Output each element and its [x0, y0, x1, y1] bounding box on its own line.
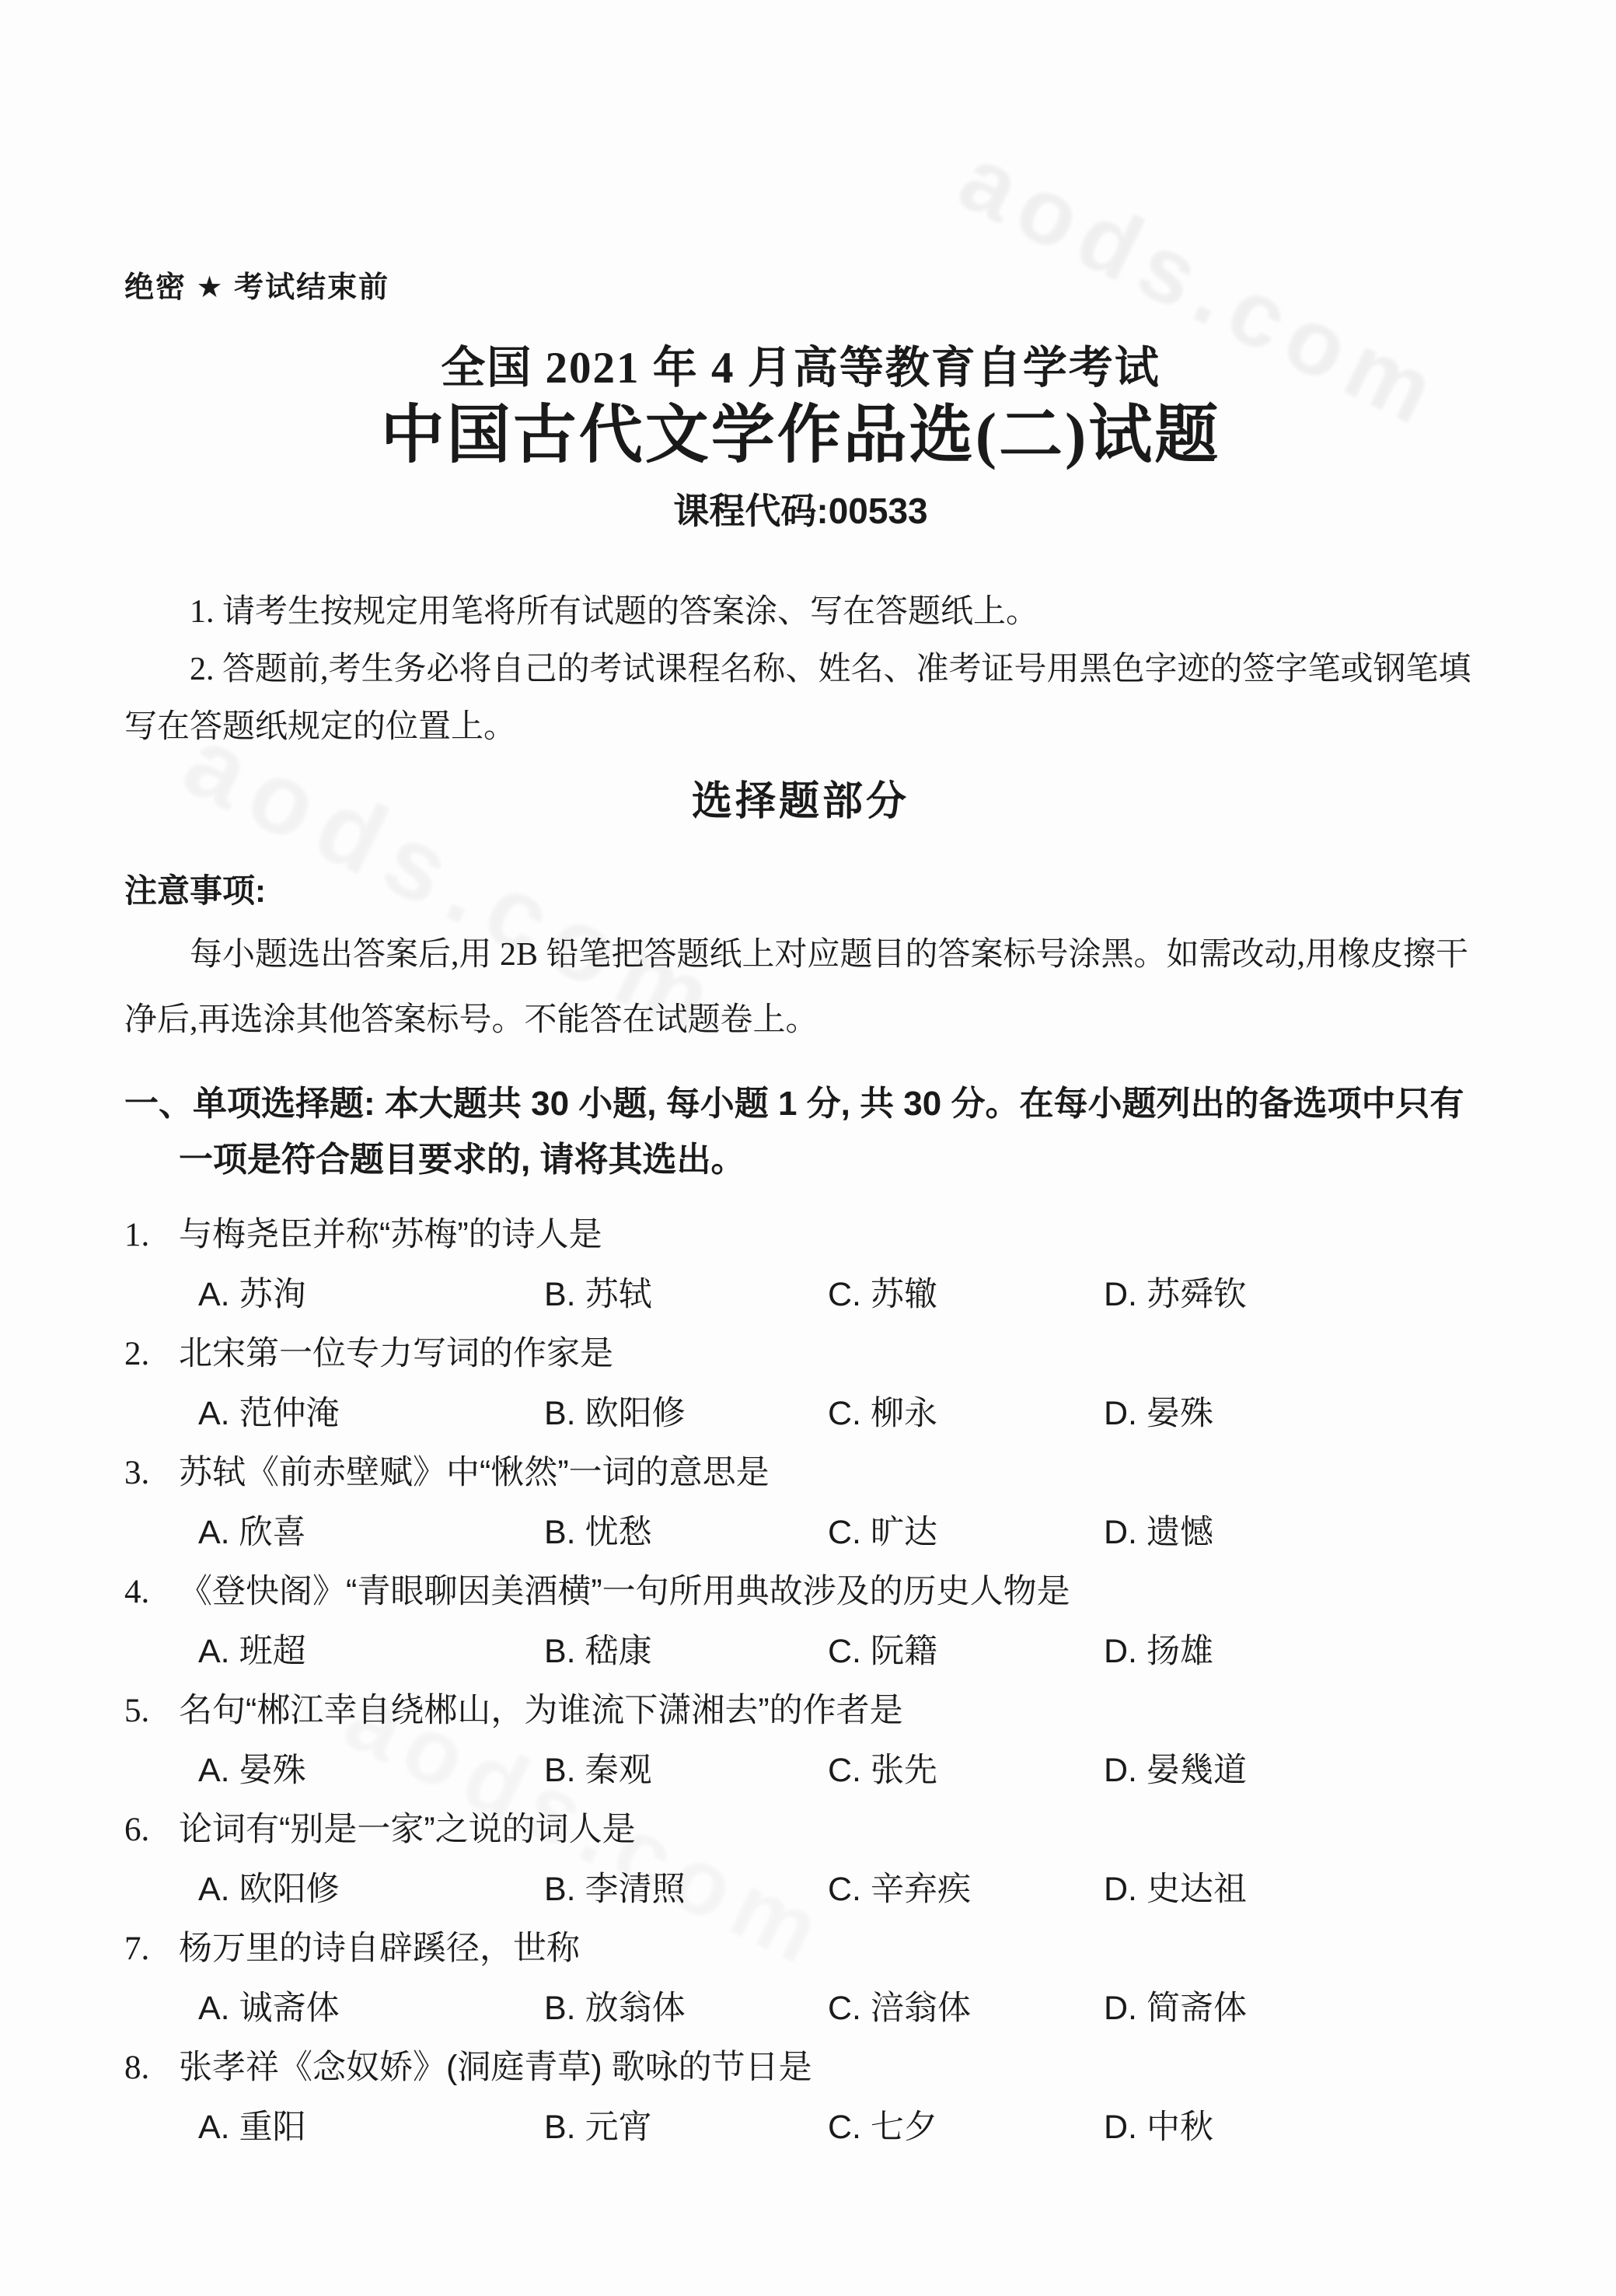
page-content: 绝密 ★ 考试结束前 全国 2021 年 4 月高等教育自学考试 中国古代文学作…	[0, 0, 1616, 2296]
option: B. 嵇康	[544, 1622, 828, 1681]
question-text: 与梅尧臣并称“苏梅”的诗人是	[179, 1205, 1477, 1265]
exam-paper-page: aods.com aods.com aods.com 绝密 ★ 考试结束前 全国…	[0, 0, 1616, 2296]
option: D. 苏舜钦	[1104, 1265, 1477, 1324]
option-row: A. 重阳 B. 元宵 C. 七夕 D. 中秋	[198, 2098, 1477, 2157]
option: A. 苏洵	[198, 1265, 544, 1324]
question-text: 张孝祥《念奴娇》(洞庭青草) 歌咏的节日是	[179, 2038, 1477, 2098]
part-one-heading: 一、单项选择题: 本大题共 30 小题, 每小题 1 分, 共 30 分。在每小…	[124, 1076, 1477, 1188]
notice-body: 每小题选出答案后,用 2B 铅笔把答题纸上对应题目的答案标号涂黑。如需改动,用橡…	[124, 922, 1477, 1053]
option: A. 范仲淹	[198, 1384, 544, 1443]
option: B. 元宵	[544, 2098, 828, 2157]
course-code: 课程代码:00533	[124, 490, 1477, 532]
option: A. 欣喜	[198, 1503, 544, 1562]
question-number: 3.	[124, 1443, 179, 1503]
question-number: 2.	[124, 1324, 179, 1384]
question-item: 8. 张孝祥《念奴娇》(洞庭青草) 歌咏的节日是 A. 重阳 B. 元宵 C. …	[124, 2038, 1477, 2157]
question-text: 杨万里的诗自辟蹊径，世称	[179, 1919, 1477, 1979]
question-item: 4. 《登快阁》“青眼聊因美酒横”一句所用典故涉及的历史人物是 A. 班超 B.…	[124, 1562, 1477, 1681]
question-item: 2. 北宋第一位专力写词的作家是 A. 范仲淹 B. 欧阳修 C. 柳永 D. …	[124, 1324, 1477, 1443]
option: D. 史达祖	[1104, 1860, 1477, 1919]
option: D. 简斋体	[1104, 1979, 1477, 2038]
instruction-item: 2. 答题前,考生务必将自己的考试课程名称、姓名、准考证号用黑色字迹的签字笔或钢…	[124, 641, 1477, 756]
question-item: 3. 苏轼《前赤壁赋》中“愀然”一词的意思是 A. 欣喜 B. 忧愁 C. 旷达…	[124, 1443, 1477, 1562]
exam-session-title: 全国 2021 年 4 月高等教育自学考试	[124, 344, 1477, 393]
option: A. 晏殊	[198, 1741, 544, 1800]
option: D. 遗憾	[1104, 1503, 1477, 1562]
question-text: 《登快阁》“青眼聊因美酒横”一句所用典故涉及的历史人物是	[179, 1562, 1477, 1622]
option: D. 扬雄	[1104, 1622, 1477, 1681]
question-number: 6.	[124, 1800, 179, 1860]
instruction-item: 1. 请考生按规定用笔将所有试题的答案涂、写在答题纸上。	[124, 583, 1477, 641]
notice-heading: 注意事项:	[124, 871, 1477, 911]
question-item: 1. 与梅尧臣并称“苏梅”的诗人是 A. 苏洵 B. 苏轼 C. 苏辙 D. 苏…	[124, 1205, 1477, 1324]
option: A. 诚斋体	[198, 1979, 544, 2038]
question-item: 6. 论词有“别是一家”之说的词人是 A. 欧阳修 B. 李清照 C. 辛弃疾 …	[124, 1800, 1477, 1919]
security-classification-label: 绝密 ★ 考试结束前	[124, 271, 1477, 305]
section-title: 选择题部分	[124, 778, 1477, 826]
option-row: A. 诚斋体 B. 放翁体 C. 涪翁体 D. 简斋体	[198, 1979, 1477, 2038]
option: D. 中秋	[1104, 2098, 1477, 2157]
option-row: A. 晏殊 B. 秦观 C. 张先 D. 晏幾道	[198, 1741, 1477, 1800]
option: D. 晏殊	[1104, 1384, 1477, 1443]
question-number: 5.	[124, 1681, 179, 1741]
question-text: 名句“郴江幸自绕郴山，为谁流下潇湘去”的作者是	[179, 1681, 1477, 1741]
option: C. 涪翁体	[828, 1979, 1104, 2038]
option: A. 班超	[198, 1622, 544, 1681]
option: C. 阮籍	[828, 1622, 1104, 1681]
question-item: 7. 杨万里的诗自辟蹊径，世称 A. 诚斋体 B. 放翁体 C. 涪翁体 D. …	[124, 1919, 1477, 2038]
option: B. 秦观	[544, 1741, 828, 1800]
option: A. 欧阳修	[198, 1860, 544, 1919]
option-row: A. 班超 B. 嵇康 C. 阮籍 D. 扬雄	[198, 1622, 1477, 1681]
option-row: A. 欣喜 B. 忧愁 C. 旷达 D. 遗憾	[198, 1503, 1477, 1562]
option: B. 忧愁	[544, 1503, 828, 1562]
option: C. 张先	[828, 1741, 1104, 1800]
question-number: 7.	[124, 1919, 179, 1979]
question-text: 论词有“别是一家”之说的词人是	[179, 1800, 1477, 1860]
option-row: A. 苏洵 B. 苏轼 C. 苏辙 D. 苏舜钦	[198, 1265, 1477, 1324]
option: B. 欧阳修	[544, 1384, 828, 1443]
option-row: A. 欧阳修 B. 李清照 C. 辛弃疾 D. 史达祖	[198, 1860, 1477, 1919]
option: D. 晏幾道	[1104, 1741, 1477, 1800]
question-list: 1. 与梅尧臣并称“苏梅”的诗人是 A. 苏洵 B. 苏轼 C. 苏辙 D. 苏…	[124, 1205, 1477, 2157]
option: A. 重阳	[198, 2098, 544, 2157]
question-number: 4.	[124, 1562, 179, 1622]
question-text: 苏轼《前赤壁赋》中“愀然”一词的意思是	[179, 1443, 1477, 1503]
question-item: 5. 名句“郴江幸自绕郴山，为谁流下潇湘去”的作者是 A. 晏殊 B. 秦观 C…	[124, 1681, 1477, 1800]
option: C. 七夕	[828, 2098, 1104, 2157]
question-text: 北宋第一位专力写词的作家是	[179, 1324, 1477, 1384]
question-number: 1.	[124, 1205, 179, 1265]
option: B. 李清照	[544, 1860, 828, 1919]
option: B. 苏轼	[544, 1265, 828, 1324]
option-row: A. 范仲淹 B. 欧阳修 C. 柳永 D. 晏殊	[198, 1384, 1477, 1443]
question-number: 8.	[124, 2038, 179, 2098]
option: C. 苏辙	[828, 1265, 1104, 1324]
option: B. 放翁体	[544, 1979, 828, 2038]
option: C. 辛弃疾	[828, 1860, 1104, 1919]
general-instructions: 1. 请考生按规定用笔将所有试题的答案涂、写在答题纸上。 2. 答题前,考生务必…	[124, 583, 1477, 756]
option: C. 旷达	[828, 1503, 1104, 1562]
option: C. 柳永	[828, 1384, 1104, 1443]
paper-title: 中国古代文学作品选(二)试题	[124, 398, 1477, 473]
